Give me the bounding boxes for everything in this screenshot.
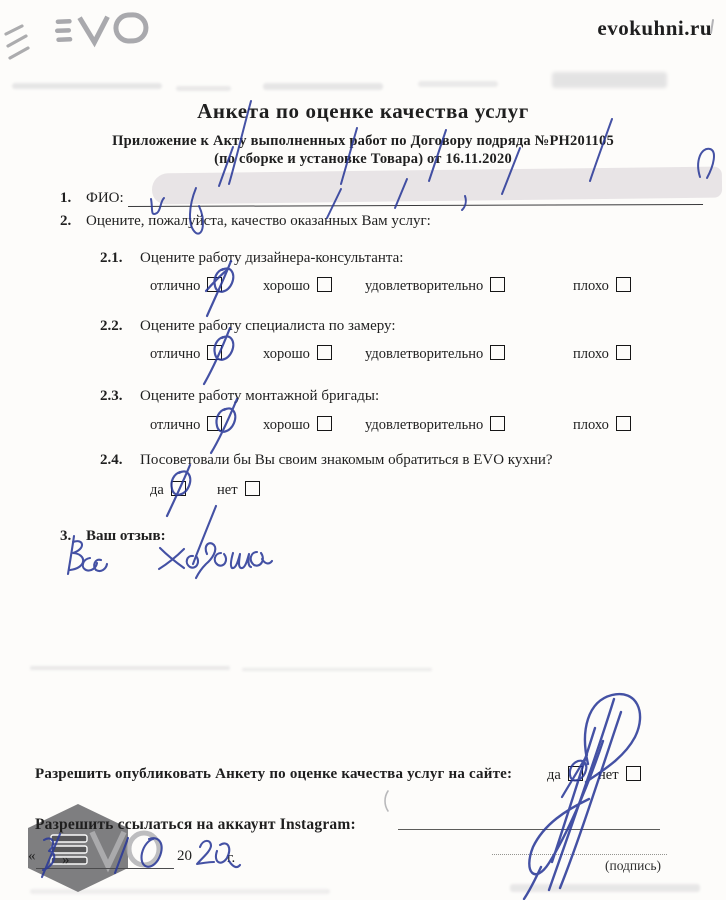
q2-4-options: да нет [150,481,726,503]
scan-smudge [242,668,432,671]
q1-label: ФИО: [86,190,124,207]
evo-logo [50,12,150,48]
date-close-quote: » [62,852,70,869]
checkbox-da[interactable] [171,481,186,496]
option-plokho: плохо [573,278,609,294]
logo-evo-letters [55,14,147,43]
q2-1-options: отлично хорошо удовлетворительно плохо [150,277,726,299]
option-plokho: плохо [573,417,609,433]
instagram-consent-label: Разрешить ссылаться на аккаунт Instagram… [35,816,356,834]
signature-caption: (подпись) [588,858,678,874]
q2-number: 2. [60,213,71,230]
instagram-input-line[interactable] [398,829,660,840]
option-khorosho: хорошо [263,346,310,362]
checkbox-otlichno[interactable] [207,345,222,360]
option-khorosho: хорошо [263,278,310,294]
questionnaire-page: evokuhni.ru Анкета по оценке качества ус… [0,0,726,900]
q2-4-label: Посоветовали бы Вы своим знакомым обрати… [140,452,553,469]
date-year-suffix: г. [227,850,235,867]
option-net: нет [598,767,619,783]
scan-smudge [552,72,667,88]
q1-number: 1. [60,190,71,207]
checkbox-khorosho[interactable] [317,277,332,292]
checkbox-plokho[interactable] [616,416,631,431]
option-otlichno: отлично [150,346,200,362]
checkbox-udovletvoritelno[interactable] [490,416,505,431]
option-udovletvoritelno: удовлетворительно [365,278,483,294]
option-udovletvoritelno: удовлетворительно [365,417,483,433]
date-input-line[interactable] [36,868,174,877]
checkbox-udovletvoritelno[interactable] [490,277,505,292]
q2-3-label: Оцените работу монтажной бригады: [140,388,379,405]
date-open-quote: « [28,848,36,865]
checkbox-otlichno[interactable] [207,416,222,431]
website-url: evokuhni.ru [520,16,712,41]
q2-1-number: 2.1. [100,250,123,267]
form-subtitle-line1: Приложение к Акту выполненных работ по Д… [0,133,726,150]
publish-consent-label: Разрешить опубликовать Анкету по оценке … [35,766,512,783]
scan-smudge [176,86,231,91]
q3-label: Ваш отзыв: [86,528,166,545]
corner-scan-marks [2,16,42,71]
form-subtitle-line2: (по сборке и установке Товара) от 16.11.… [0,151,726,168]
checkbox-khorosho[interactable] [317,345,332,360]
q2-2-number: 2.2. [100,318,123,335]
checkbox-plokho[interactable] [616,277,631,292]
option-plokho: плохо [573,346,609,362]
q2-3-options: отлично хорошо удовлетворительно плохо [150,416,726,438]
checkbox-plokho[interactable] [616,345,631,360]
checkbox-otlichno[interactable] [207,277,222,292]
q2-1-label: Оцените работу дизайнера-консультанта: [140,250,403,267]
checkbox-khorosho[interactable] [317,416,332,431]
option-da: да [547,767,561,783]
scan-smudge [510,884,700,892]
checkbox-net[interactable] [245,481,260,496]
date-century: 20 [177,848,192,865]
scan-smudge [30,666,230,670]
q2-label: Оцените, пожалуйста, качество оказанных … [86,213,431,230]
option-otlichno: отлично [150,417,200,433]
option-udovletvoritelno: удовлетворительно [365,346,483,362]
checkbox-da[interactable] [568,766,583,781]
scan-smudge [263,83,383,90]
q2-2-label: Оцените работу специалиста по замеру: [140,318,396,335]
option-khorosho: хорошо [263,417,310,433]
option-da: да [150,482,164,498]
option-net: нет [217,482,238,498]
form-title: Анкета по оценке качества услуг [0,99,726,124]
q2-2-options: отлично хорошо удовлетворительно плохо [150,345,726,367]
scan-smudge [418,81,498,87]
option-otlichno: отлично [150,278,200,294]
q2-3-number: 2.3. [100,388,123,405]
q3-number: 3. [60,528,71,545]
checkbox-udovletvoritelno[interactable] [490,345,505,360]
scan-smudge [12,83,162,89]
publish-consent-options: да нет [547,766,726,788]
q2-4-number: 2.4. [100,452,123,469]
checkbox-net[interactable] [626,766,641,781]
